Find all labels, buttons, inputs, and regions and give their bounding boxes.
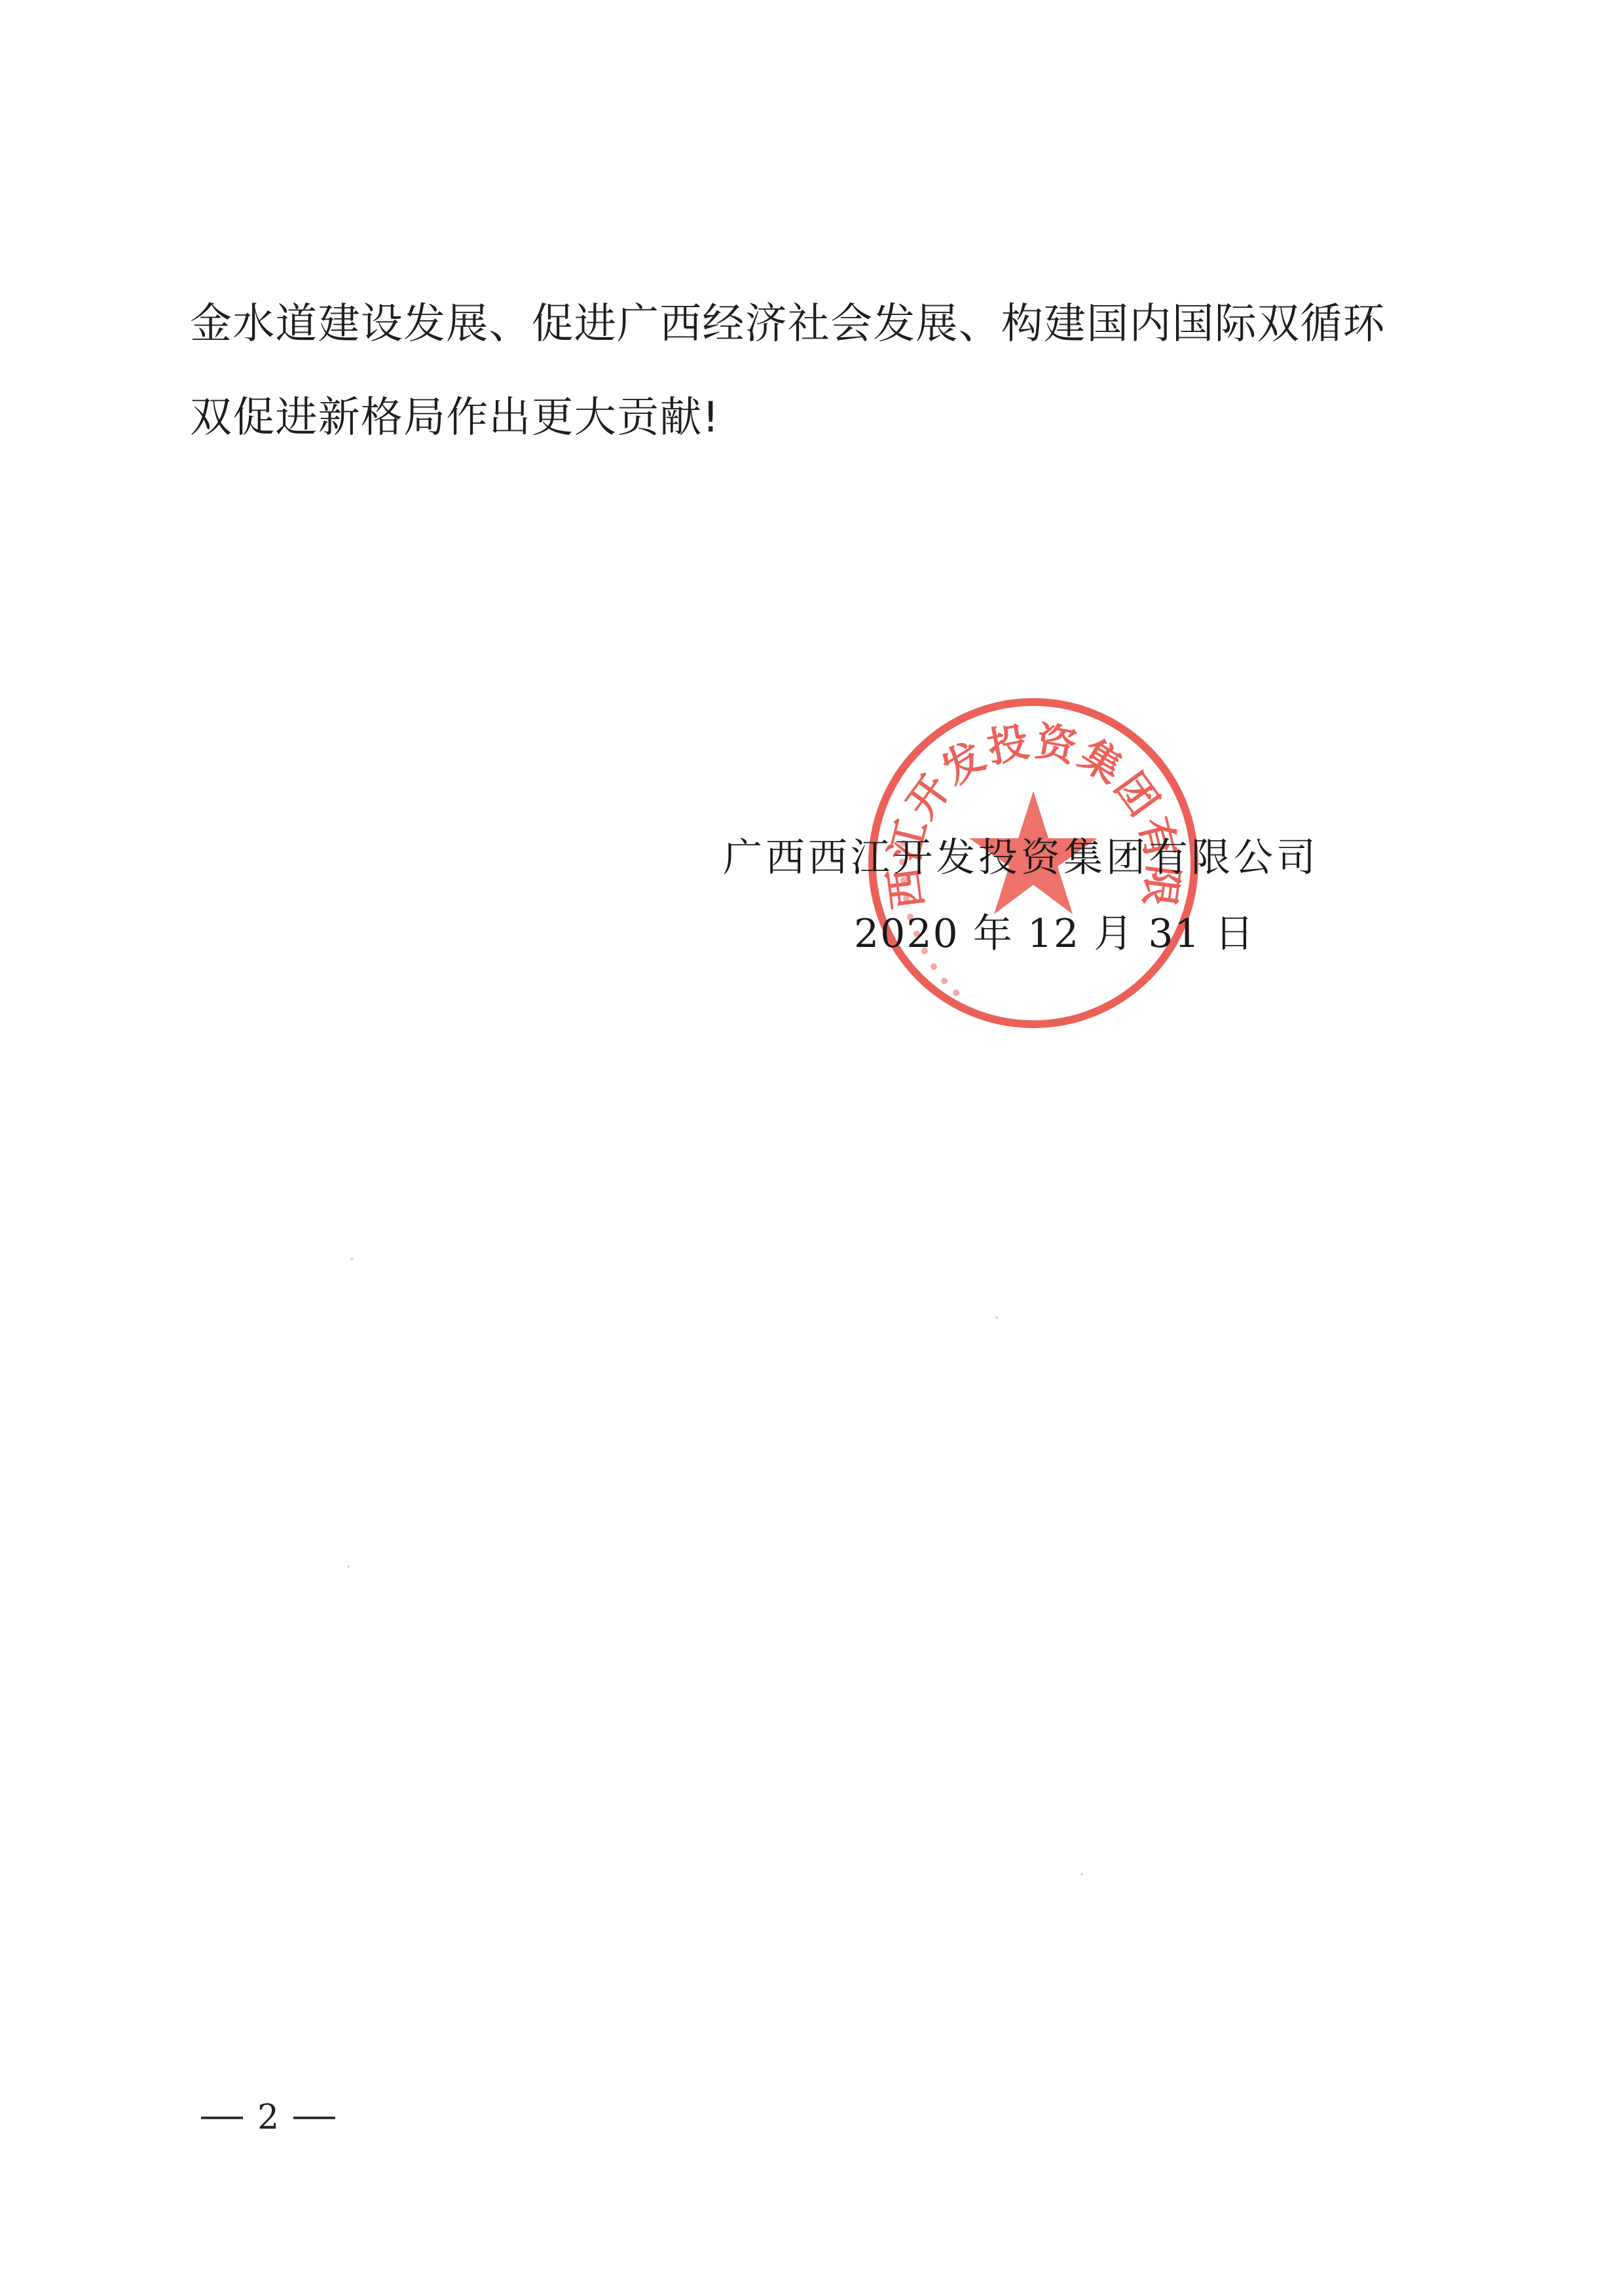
scan-speck bbox=[995, 1316, 998, 1319]
page-number: 2 bbox=[187, 2092, 350, 2141]
signature-organization: 广西西江开发投资集团有限公司 bbox=[723, 833, 1319, 883]
body-text-line-1: 金水道建设发展、促进广西经济社会发展、构建国内国际双循环 bbox=[190, 298, 1386, 350]
scan-speck bbox=[347, 1565, 350, 1568]
signature-date: 2020 年 12 月 31 日 bbox=[854, 909, 1255, 959]
page-number-left-dash bbox=[201, 2117, 243, 2119]
body-text-line-2: 双促进新格局作出更大贡献! bbox=[190, 392, 720, 444]
document-page: 金水道建设发展、促进广西经济社会发展、构建国内国际双循环 双促进新格局作出更大贡… bbox=[0, 0, 1624, 2296]
page-number-right-dash bbox=[293, 2117, 335, 2119]
page-number-value: 2 bbox=[257, 2098, 279, 2138]
scan-speck bbox=[1080, 1873, 1083, 1876]
scan-speck bbox=[350, 1257, 354, 1261]
